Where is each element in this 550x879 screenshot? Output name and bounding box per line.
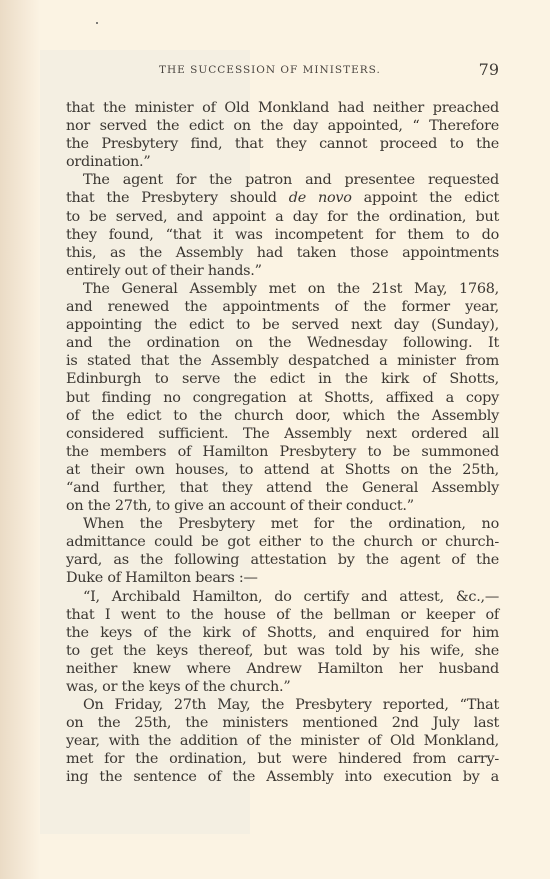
text-segment: that the Presbytery should [66,190,289,206]
text-line: neither knew where Andrew Hamilton her h… [66,660,499,678]
text-line: on the 27th, to give an account of their… [66,497,499,515]
text-line: this, as the Assembly had taken those ap… [66,244,499,262]
text-line: Duke of Hamilton bears :— [66,569,499,587]
text-line: ordination.” [66,153,499,171]
text-segment: appoint the edict [352,190,499,206]
page-gutter-shadow [0,0,40,879]
text-line: nor served the edict on the day appointe… [66,117,499,135]
body-text: that the minister of Old Monkland had ne… [66,99,499,787]
text-line: entirely out of their hands.” [66,262,499,280]
text-line: but finding no congregation at Shotts, a… [66,389,499,407]
italic-phrase: de novo [289,190,352,206]
running-title: THE SUCCESSION OF MINISTERS. [159,64,381,76]
text-line: When the Presbytery met for the ordinati… [66,515,499,533]
text-line: to get the keys thereof, but was told by… [66,642,499,660]
text-line: they found, “that it was incompetent for… [66,226,499,244]
text-line: the members of Hamilton Presbytery to be… [66,443,499,461]
text-line: considered sufficient. The Assembly next… [66,425,499,443]
page-number: 79 [479,60,499,79]
text-line: yard, as the following attestation by th… [66,551,499,569]
running-head: THE SUCCESSION OF MINISTERS. 79 [66,60,499,86]
text-line: to be served, and appoint a day for the … [66,208,499,226]
text-line: that I went to the house of the bellman … [66,606,499,624]
text-line: that the minister of Old Monkland had ne… [66,99,499,117]
text-line: was, or the keys of the church.” [66,678,499,696]
text-line: met for the ordination, but were hindere… [66,750,499,768]
text-line: on the 25th, the ministers mentioned 2nd… [66,714,499,732]
text-line: of the edict to the church door, which t… [66,407,499,425]
text-line: is stated that the Assembly despatched a… [66,352,499,370]
text-line: Edinburgh to serve the edict in the kirk… [66,370,499,388]
text-line: admittance could be got either to the ch… [66,533,499,551]
ink-speck [96,22,98,24]
text-line: The General Assembly met on the 21st May… [66,280,499,298]
text-line: at their own houses, to attend at Shotts… [66,461,499,479]
text-line: the Presbytery find, that they cannot pr… [66,135,499,153]
text-line: that the Presbytery should de novo appoi… [66,189,499,207]
text-line: the keys of the kirk of Shotts, and enqu… [66,624,499,642]
text-line: and the ordination on the Wednesday foll… [66,334,499,352]
text-line: On Friday, 27th May, the Presbytery repo… [66,696,499,714]
text-line: ing the sentence of the Assembly into ex… [66,768,499,786]
text-line: appointing the edict to be served next d… [66,316,499,334]
text-line: “and further, that they attend the Gener… [66,479,499,497]
text-line: and renewed the appointments of the form… [66,298,499,316]
text-line: The agent for the patron and presentee r… [66,171,499,189]
text-line: year, with the addition of the minister … [66,732,499,750]
text-line: “I, Archibald Hamilton, do certify and a… [66,588,499,606]
book-page: THE SUCCESSION OF MINISTERS. 79 that the… [66,60,499,787]
